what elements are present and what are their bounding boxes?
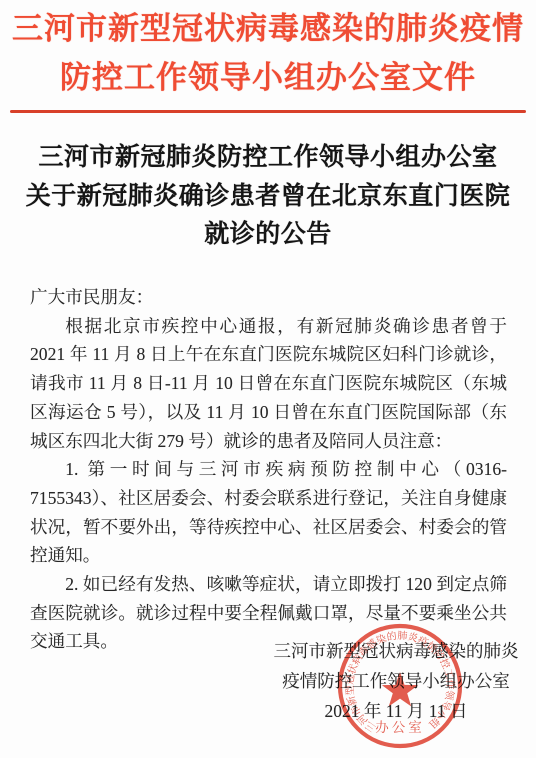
letterhead-divider — [10, 110, 526, 113]
salutation: 广大市民朋友： — [30, 283, 507, 312]
paragraph-notice: 根据北京市疾控中心通报，有新冠肺炎确诊患者曾于 2021 年 11 月 8 日上… — [30, 312, 507, 456]
signature-org-line2: 疫情防控工作领导小组办公室 — [266, 666, 526, 696]
document-title-line3: 就诊的公告 — [0, 216, 536, 255]
signature-block: 三河市新型冠状病毒感染的肺炎 疫情防控工作领导小组办公室 2021 年 11 月… — [266, 636, 526, 726]
letterhead-line2: 防控工作领导小组办公室文件 — [0, 53, 536, 102]
document-title: 三河市新冠肺炎防控工作领导小组办公室 关于新冠肺炎确诊患者曾在北京东直门医院 就… — [0, 139, 536, 255]
document-body: 广大市民朋友： 根据北京市疾控中心通报，有新冠肺炎确诊患者曾于 2021 年 1… — [30, 283, 507, 656]
letterhead-line1: 三河市新型冠状病毒感染的肺炎疫情 — [0, 4, 536, 53]
signature-date: 2021 年 11 月 11 日 — [266, 696, 526, 726]
signature-org-line1: 三河市新型冠状病毒感染的肺炎 — [266, 636, 526, 666]
document-title-line2: 关于新冠肺炎确诊患者曾在北京东直门医院 — [0, 178, 536, 217]
document-title-line1: 三河市新冠肺炎防控工作领导小组办公室 — [0, 139, 536, 178]
paragraph-item-1: 1. 第一时间与三河市疾病预防控制中心（0316-7155343）、社区居委会、… — [30, 455, 507, 570]
letterhead: 三河市新型冠状病毒感染的肺炎疫情 防控工作领导小组办公室文件 — [0, 4, 536, 102]
scanned-notice-page: 三河市新型冠状病毒感染的肺炎疫情 防控工作领导小组办公室文件 三河市新冠肺炎防控… — [0, 0, 536, 758]
